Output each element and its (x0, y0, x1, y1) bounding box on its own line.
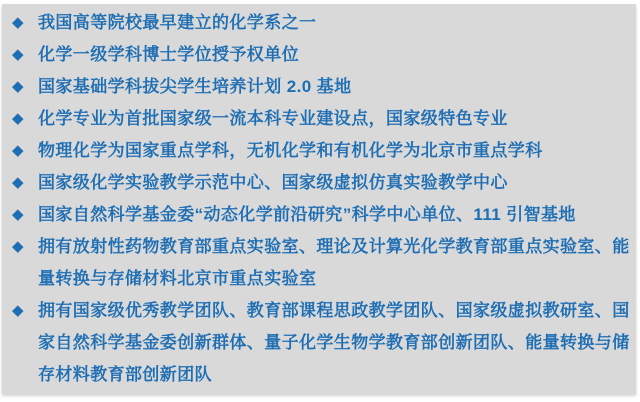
diamond-bullet-icon: ◆ (12, 71, 38, 103)
diamond-bullet-icon: ◆ (12, 103, 38, 135)
department-highlights-panel: ◆ 我国高等院校最早建立的化学系之一 ◆ 化学一级学科博士学位授予权单位 ◆ 国… (2, 4, 636, 394)
list-item-text: 国家级化学实验教学示范中心、国家级虚拟仿真实验教学中心 (38, 167, 630, 199)
list-item-text: 我国高等院校最早建立的化学系之一 (38, 7, 630, 39)
list-item: ◆ 拥有国家级优秀教学团队、教育部课程思政教学团队、国家级虚拟教研室、国家自然科… (12, 295, 630, 391)
list-item-text: 拥有放射性药物教育部重点实验室、理论及计算光化学教育部重点实验室、能量转换与存储… (38, 231, 630, 295)
list-item-text: 化学专业为首批国家级一流本科专业建设点，国家级特色专业 (38, 103, 630, 135)
list-item: ◆ 我国高等院校最早建立的化学系之一 (12, 7, 630, 39)
diamond-bullet-icon: ◆ (12, 167, 38, 199)
list-item-text: 国家自然科学基金委“动态化学前沿研究”科学中心单位、111 引智基地 (38, 199, 630, 231)
list-item-text: 国家基础学科拔尖学生培养计划 2.0 基地 (38, 71, 630, 103)
list-item: ◆ 物理化学为国家重点学科，无机化学和有机化学为北京市重点学科 (12, 135, 630, 167)
diamond-bullet-icon: ◆ (12, 199, 38, 231)
diamond-bullet-icon: ◆ (12, 39, 38, 71)
list-item: ◆ 国家级化学实验教学示范中心、国家级虚拟仿真实验教学中心 (12, 167, 630, 199)
diamond-bullet-icon: ◆ (12, 135, 38, 167)
diamond-bullet-icon: ◆ (12, 295, 38, 327)
diamond-bullet-icon: ◆ (12, 231, 38, 263)
list-item: ◆ 国家自然科学基金委“动态化学前沿研究”科学中心单位、111 引智基地 (12, 199, 630, 231)
list-item-text: 物理化学为国家重点学科，无机化学和有机化学为北京市重点学科 (38, 135, 630, 167)
diamond-bullet-icon: ◆ (12, 7, 38, 39)
list-item-text: 化学一级学科博士学位授予权单位 (38, 39, 630, 71)
list-item: ◆ 化学专业为首批国家级一流本科专业建设点，国家级特色专业 (12, 103, 630, 135)
list-item: ◆ 国家基础学科拔尖学生培养计划 2.0 基地 (12, 71, 630, 103)
list-item: ◆ 拥有放射性药物教育部重点实验室、理论及计算光化学教育部重点实验室、能量转换与… (12, 231, 630, 295)
list-item: ◆ 化学一级学科博士学位授予权单位 (12, 39, 630, 71)
list-item-text: 拥有国家级优秀教学团队、教育部课程思政教学团队、国家级虚拟教研室、国家自然科学基… (38, 295, 630, 391)
